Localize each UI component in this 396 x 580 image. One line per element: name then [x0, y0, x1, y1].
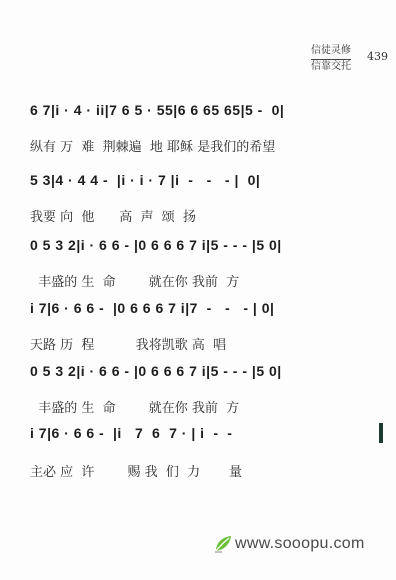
watermark-url: www.sooopu.com [235, 535, 365, 553]
section-title: 信徒灵修 信靠交托 [311, 44, 351, 74]
lyrics: 丰盛的 生 命 就在你 我前 方 [30, 271, 239, 290]
notation: 5 3|4 · 4 4 - |i · i · 7 |i - - - | 0| [30, 172, 390, 194]
final-barline [379, 423, 383, 443]
notation: i 7|6 · 6 6 - |i 7 6 7 · | i - - [30, 425, 390, 447]
section-title-bottom: 信靠交托 [311, 60, 351, 74]
page-number: 439 [367, 50, 388, 63]
sheet-music-page: 信徒灵修 信靠交托 439 6 7|i · 4 · ii|7 6 5 · 55|… [0, 0, 396, 580]
watermark: www.sooopu.com [214, 535, 365, 553]
lyrics: 纵有 万 难 荆棘遍 地 耶稣 是我们的希望 [30, 136, 275, 155]
notation: 0 5 3 2|i · 6 6 - |0 6 6 6 7 i|5 - - - |… [30, 363, 390, 385]
lyrics: 我要 向 他 高 声 颂 扬 [30, 206, 196, 225]
lyrics: 主必 应 许 赐 我 们 力 量 [30, 461, 242, 480]
section-title-top: 信徒灵修 [311, 44, 351, 60]
leaf-icon [214, 535, 232, 553]
notation: 6 7|i · 4 · ii|7 6 5 · 55|6 6 65 65|5 - … [30, 102, 390, 124]
notation: 0 5 3 2|i · 6 6 - |0 6 6 6 7 i|5 - - - |… [30, 237, 390, 259]
lyrics: 丰盛的 生 命 就在你 我前 方 [30, 397, 239, 416]
notation: i 7|6 · 6 6 - |0 6 6 6 7 i|7 - - - | 0| [30, 300, 390, 322]
lyrics: 天路 历 程 我将凯歌 高 唱 [30, 334, 226, 353]
